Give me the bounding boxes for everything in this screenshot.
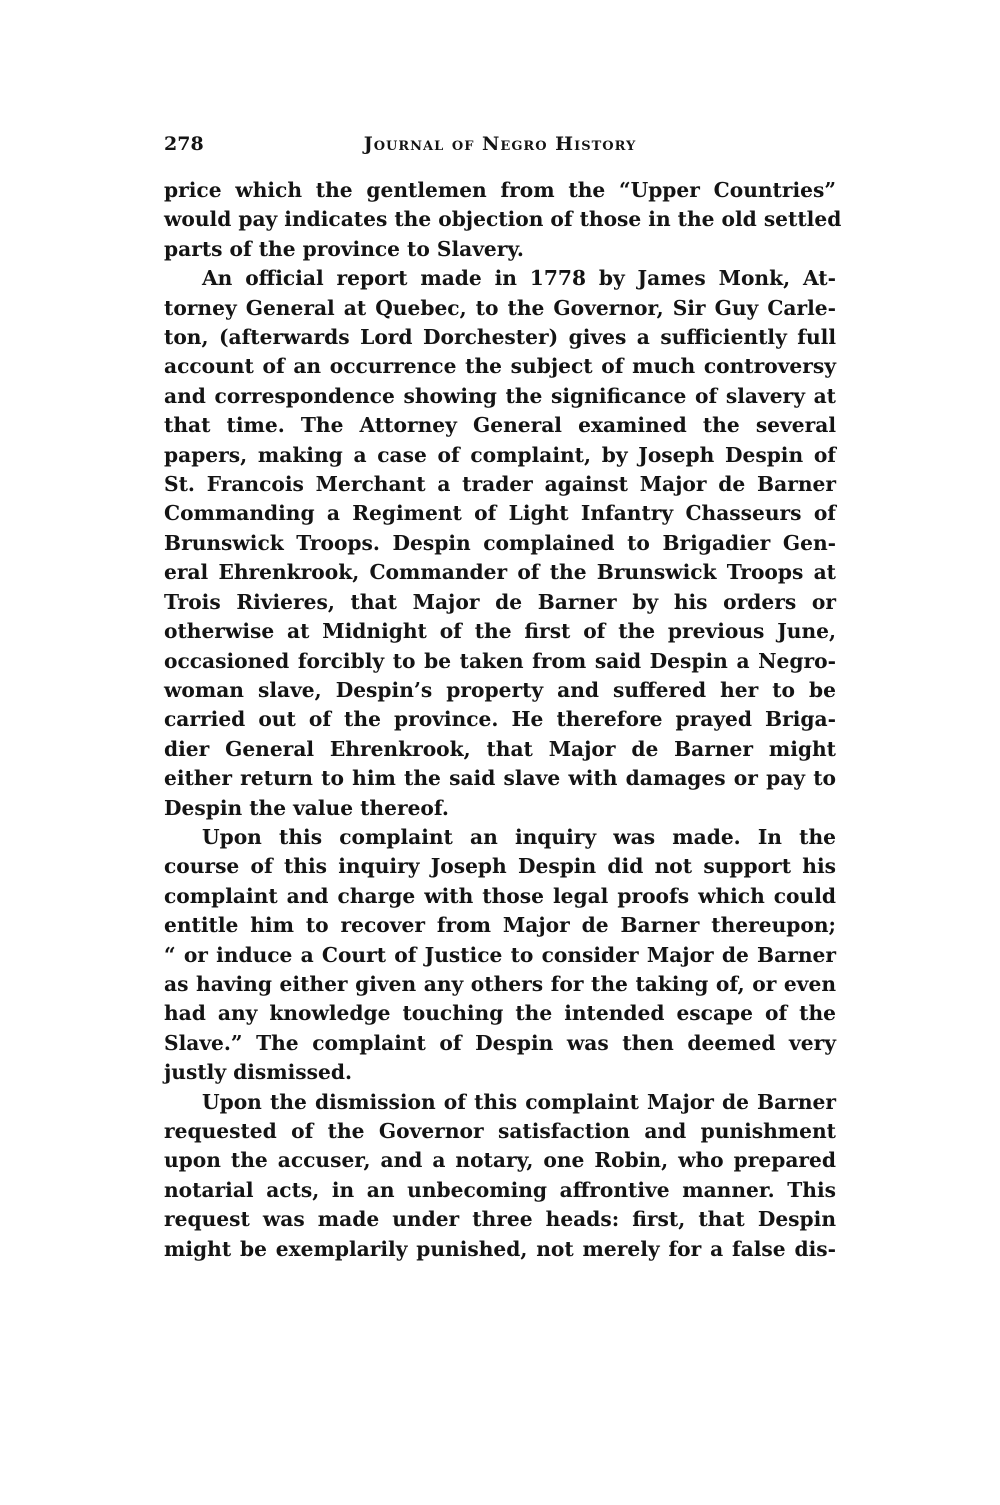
- text-line: Commanding a Regiment of Light Infantry …: [164, 499, 836, 528]
- text-line: Slave.” The complaint of Despin was then…: [164, 1029, 836, 1058]
- text-line: might be exemplarily punished, not merel…: [164, 1235, 836, 1264]
- paragraph-4: Upon the dismission of this complaint Ma…: [164, 1088, 836, 1264]
- text-line: parts of the province to Slavery.: [164, 235, 836, 264]
- text-line: torney General at Quebec, to the Governo…: [164, 294, 836, 323]
- text-line: Upon the dismission of this complaint Ma…: [164, 1088, 836, 1117]
- text-line: as having either given any others for th…: [164, 970, 836, 999]
- text-line: justly dismissed.: [164, 1058, 836, 1087]
- journal-title: Journal of Negro History: [164, 128, 836, 160]
- text-line: ton, (afterwards Lord Dorchester) gives …: [164, 323, 836, 352]
- text-line: dier General Ehrenkrook, that Major de B…: [164, 735, 836, 764]
- text-line: eral Ehrenkrook, Commander of the Brunsw…: [164, 558, 836, 587]
- paragraph-1: price which the gentlemen from the “Uppe…: [164, 176, 836, 264]
- text-line: account of an occurrence the subject of …: [164, 352, 836, 381]
- text-line: carried out of the province. He therefor…: [164, 705, 836, 734]
- text-line: requested of the Governor satisfaction a…: [164, 1117, 836, 1146]
- text-line: Trois Rivieres, that Major de Barner by …: [164, 588, 836, 617]
- text-line: St. Francois Merchant a trader against M…: [164, 470, 836, 499]
- text-line: had any knowledge touching the intended …: [164, 999, 836, 1028]
- text-line: upon the accuser, and a notary, one Robi…: [164, 1146, 836, 1175]
- text-line: “ or induce a Court of Justice to consid…: [164, 941, 836, 970]
- text-line: and correspondence showing the significa…: [164, 382, 836, 411]
- text-line: complaint and charge with those legal pr…: [164, 882, 836, 911]
- body-text: price which the gentlemen from the “Uppe…: [164, 176, 836, 1264]
- text-line: course of this inquiry Joseph Despin did…: [164, 852, 836, 881]
- text-line: entitle him to recover from Major de Bar…: [164, 911, 836, 940]
- document-page: 278 Journal of Negro History price which…: [164, 128, 836, 1264]
- text-line: that time. The Attorney General examined…: [164, 411, 836, 440]
- text-line: notarial acts, in an unbecoming affronti…: [164, 1176, 836, 1205]
- text-line: Upon this complaint an inquiry was made.…: [164, 823, 836, 852]
- running-head: 278 Journal of Negro History: [164, 128, 836, 160]
- text-line: otherwise at Midnight of the first of th…: [164, 617, 836, 646]
- text-line: would pay indicates the objection of tho…: [164, 205, 836, 234]
- text-line: price which the gentlemen from the “Uppe…: [164, 176, 836, 205]
- text-line: An official report made in 1778 by James…: [164, 264, 836, 293]
- text-line: papers, making a case of complaint, by J…: [164, 441, 836, 470]
- paragraph-3: Upon this complaint an inquiry was made.…: [164, 823, 836, 1088]
- text-line: Brunswick Troops. Despin complained to B…: [164, 529, 836, 558]
- text-line: either return to him the said slave with…: [164, 764, 836, 793]
- text-line: request was made under three heads: firs…: [164, 1205, 836, 1234]
- text-line: occasioned forcibly to be taken from sai…: [164, 647, 836, 676]
- text-line: Despin the value thereof.: [164, 794, 836, 823]
- text-line: woman slave, Despin’s property and suffe…: [164, 676, 836, 705]
- paragraph-2: An official report made in 1778 by James…: [164, 264, 836, 823]
